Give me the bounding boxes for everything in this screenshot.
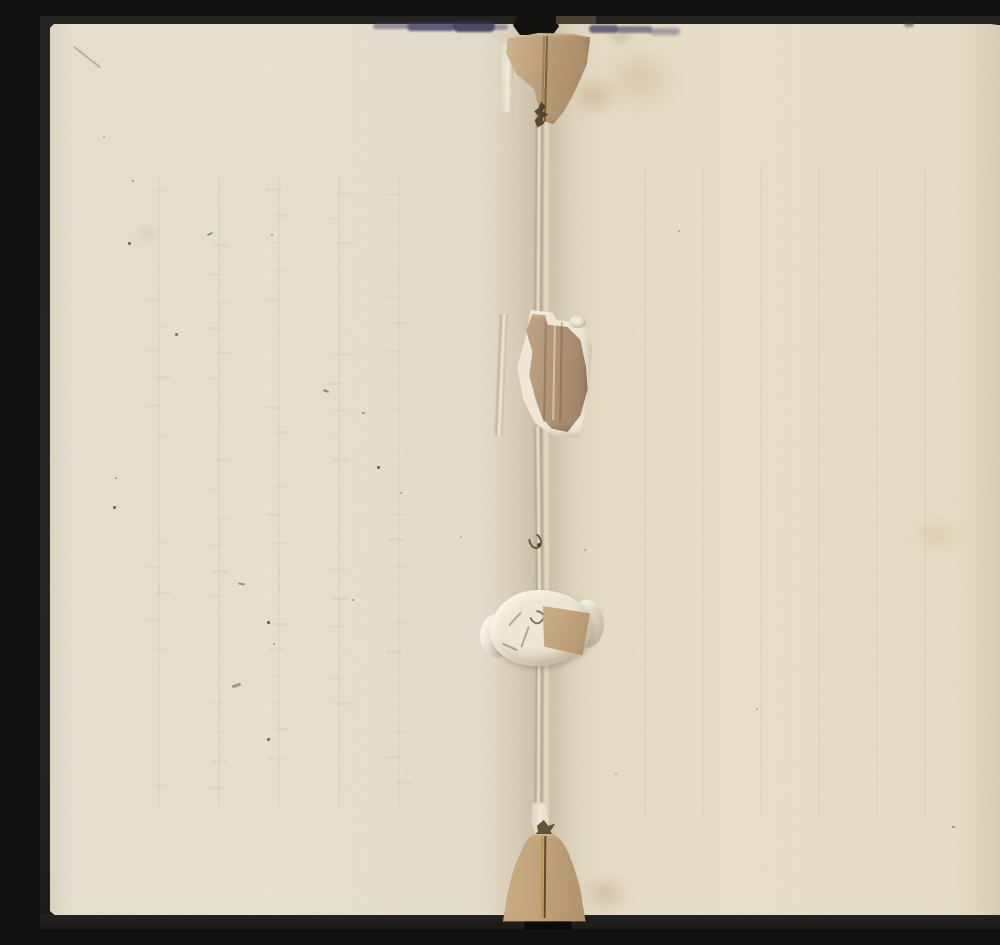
ghost-text-dash	[334, 702, 350, 705]
foxing-speck	[362, 412, 365, 414]
foxing-speck	[678, 230, 680, 232]
foxing-speck	[271, 234, 273, 236]
ghost-text-dash	[386, 296, 402, 299]
repair-patch-bottom	[484, 796, 610, 929]
ruled-line-left	[338, 176, 340, 806]
foxing-speck	[460, 536, 462, 538]
ghost-text-dash	[205, 377, 221, 380]
ghost-text-dash	[266, 188, 282, 191]
ghost-text-dash	[325, 217, 341, 220]
foxing-speck	[267, 621, 270, 624]
ruled-line-right	[644, 166, 646, 816]
ghost-text-dash	[274, 431, 290, 434]
ghost-text-dash	[214, 301, 230, 304]
ghost-text-dash	[271, 674, 287, 677]
ghost-text-dash	[151, 759, 167, 762]
foxing-speck	[584, 549, 586, 551]
ghost-text-dash	[328, 625, 344, 628]
ruled-line-right	[876, 166, 878, 816]
repair-patch-top	[488, 22, 698, 134]
stain	[898, 510, 976, 560]
ghost-text-dash	[272, 542, 288, 545]
ghost-text-dash	[145, 566, 161, 569]
stain	[130, 221, 164, 247]
ghost-text-dash	[213, 244, 229, 247]
ghost-text-dash	[145, 404, 161, 407]
foxing-speck	[128, 242, 131, 245]
ghost-text-dash	[207, 595, 223, 598]
ink-smudge	[904, 21, 914, 27]
ghost-text-dash	[394, 271, 410, 274]
ghost-text-dash	[393, 322, 409, 325]
ghost-text-dash	[268, 700, 284, 703]
foxing-speck	[273, 643, 275, 645]
ghost-text-dash	[206, 273, 222, 276]
ghost-text-dash	[329, 568, 345, 571]
foxing-speck	[377, 466, 380, 469]
ghost-text-dash	[334, 353, 350, 356]
ruled-line-right	[760, 166, 762, 816]
ghost-text-dash	[214, 517, 230, 520]
ghost-text-dash	[265, 299, 281, 302]
ghost-text-dash	[266, 457, 282, 460]
ghost-text-dash	[333, 409, 349, 412]
foxing-speck	[952, 826, 955, 828]
ghost-text-dash	[208, 787, 224, 790]
ghost-text-dash	[386, 651, 402, 654]
ghost-text-dash	[387, 350, 403, 353]
ghost-text-dash	[153, 324, 169, 327]
ghost-text-dash	[392, 379, 408, 382]
ruled-line-right	[924, 166, 926, 816]
ghost-text-dash	[388, 408, 404, 411]
ghost-text-dash	[391, 513, 407, 516]
ink-smudge	[373, 23, 408, 29]
ruled-line-left	[158, 176, 160, 806]
ghost-text-dash	[267, 757, 283, 760]
gutter-shading	[490, 24, 602, 916]
ghost-text-dash	[393, 565, 409, 568]
repair-patch-lower	[478, 574, 610, 680]
ghost-text-dash	[327, 677, 343, 680]
ghost-text-dash	[273, 485, 289, 488]
ghost-text-dash	[154, 376, 170, 379]
ghost-text-dash	[274, 214, 290, 217]
foxing-speck	[175, 333, 178, 336]
ghost-text-dash	[265, 406, 281, 409]
ghost-text-dash	[269, 648, 285, 651]
ghost-text-dash	[331, 597, 347, 600]
foxing-speck	[615, 773, 617, 775]
archival-scan: Digitised open spread of a blank aged ac…	[40, 16, 1000, 929]
ghost-text-dash	[147, 299, 163, 302]
ghost-text-dash	[267, 513, 283, 516]
foxing-speck	[132, 180, 134, 182]
ghost-text-dash	[210, 702, 226, 705]
thread-knot-dot	[537, 543, 541, 547]
ruled-line-left	[218, 176, 220, 806]
ghost-text-dash	[206, 544, 222, 547]
ghost-text-dash	[150, 190, 166, 193]
ink-smudge	[492, 24, 508, 30]
ghost-text-dash	[146, 619, 162, 622]
ghost-text-dash	[154, 592, 170, 595]
ghost-text-dash	[335, 192, 351, 195]
foxing-speck	[103, 136, 105, 138]
ghost-text-dash	[213, 570, 229, 573]
ghost-text-dash	[385, 756, 401, 759]
ghost-text-dash	[265, 241, 281, 244]
ghost-text-dash	[395, 781, 411, 784]
foxing-speck	[756, 708, 758, 710]
ghost-text-dash	[388, 538, 404, 541]
ghost-text-dash	[215, 459, 231, 462]
ghost-text-dash	[275, 270, 291, 273]
ink-smudge	[407, 22, 455, 31]
ruled-line-right	[702, 166, 704, 816]
ghost-text-dash	[335, 242, 351, 245]
foxing-speck	[352, 599, 354, 601]
ghost-text-dash	[394, 622, 410, 625]
ghost-text-dash	[395, 731, 411, 734]
ghost-text-dash	[155, 541, 171, 544]
ghost-text-dash	[211, 760, 227, 763]
foxing-speck	[115, 477, 117, 479]
ghost-text-dash	[326, 382, 342, 385]
ruled-line-right	[818, 166, 820, 816]
ghost-text-dash	[205, 327, 221, 330]
ghost-text-dash	[205, 488, 221, 491]
ghost-text-dash	[327, 435, 343, 438]
kraft-tape-patch	[506, 33, 592, 124]
ghost-text-dash	[273, 728, 289, 731]
ghost-text-dash	[387, 593, 403, 596]
foxing-speck	[400, 492, 402, 494]
ghost-text-dash	[385, 193, 401, 196]
foxing-speck	[113, 506, 116, 509]
ghost-text-dash	[155, 434, 171, 437]
foxing-speck	[267, 738, 270, 741]
fold-crease	[493, 314, 507, 436]
ink-smudge	[650, 28, 680, 35]
ink-smudge	[453, 21, 495, 32]
repair-patch-middle	[484, 308, 608, 442]
ghost-text-dash	[153, 648, 169, 651]
ink-smudge	[589, 25, 619, 33]
paper-curl	[570, 316, 586, 328]
ghost-text-dash	[146, 349, 162, 352]
ghost-text-dash	[333, 652, 349, 655]
ghost-text-dash	[209, 731, 225, 734]
ghost-text-dash	[215, 352, 231, 355]
kraft-tape-patch	[492, 834, 602, 929]
ink-smudge	[618, 26, 652, 33]
ghost-text-dash	[150, 784, 166, 787]
